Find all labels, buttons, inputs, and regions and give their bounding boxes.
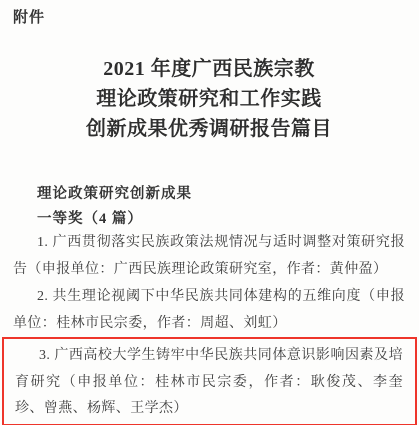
title-line-2: 理论政策研究和工作实践 [13, 84, 405, 114]
document-title: 2021 年度广西民族宗教 理论政策研究和工作实践 创新成果优秀调研报告篇目 [13, 54, 405, 144]
award-heading: 一等奖（4 篇） [37, 209, 405, 229]
scanned-document-page: 附件 2021 年度广西民族宗教 理论政策研究和工作实践 创新成果优秀调研报告篇… [0, 0, 419, 425]
section-heading: 理论政策研究创新成果 [37, 184, 405, 204]
attachment-label: 附件 [13, 8, 405, 28]
report-list-item-1: 1. 广西贯彻落实民族政策法规情况与适时调整对策研究报告（申报单位：广西民族理论… [13, 229, 405, 283]
red-highlight-box: 3. 广西高校大学生铸牢中华民族共同体意识影响因素及培育研究（申报单位：桂林市民… [2, 337, 417, 425]
report-list-item-2: 2. 共生理论视阈下中华民族共同体建构的五维向度（申报单位：桂林市民宗委，作者：… [13, 283, 405, 337]
report-list-item-3: 3. 广西高校大学生铸牢中华民族共同体意识影响因素及培育研究（申报单位：桂林市民… [15, 343, 403, 423]
title-line-3: 创新成果优秀调研报告篇目 [13, 114, 405, 144]
title-line-1: 2021 年度广西民族宗教 [13, 54, 405, 84]
